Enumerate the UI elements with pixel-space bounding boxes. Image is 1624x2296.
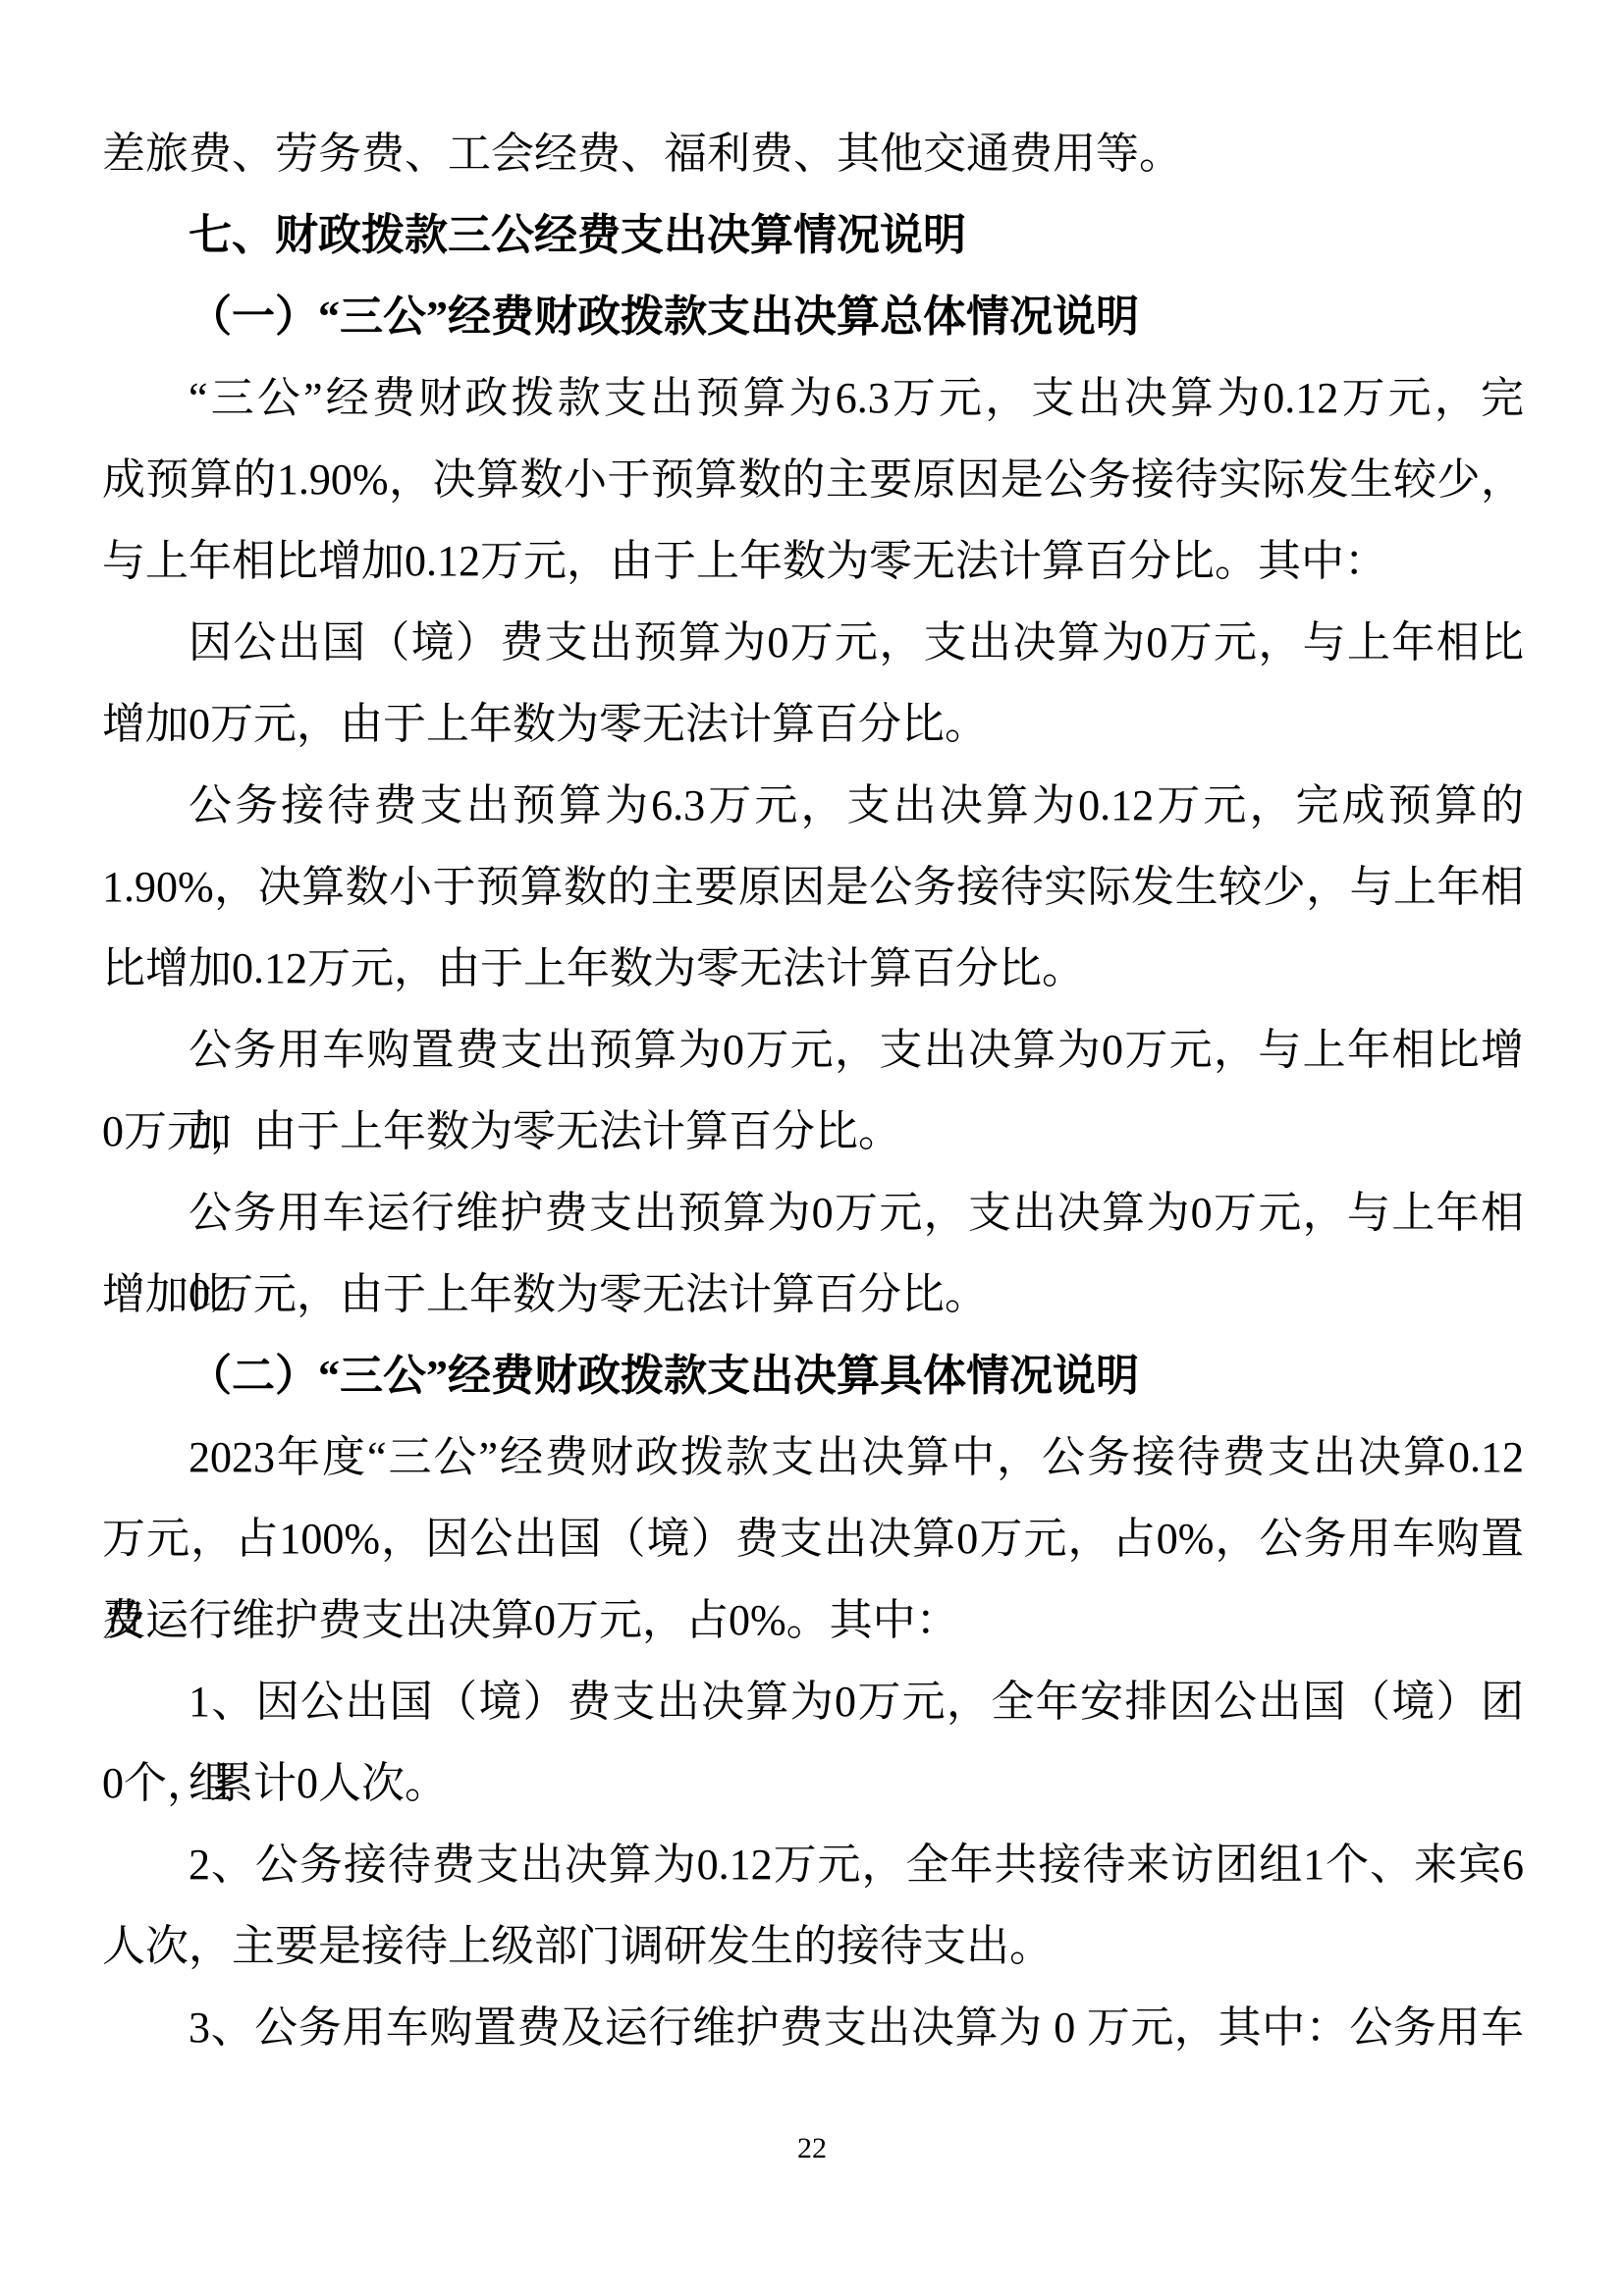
body-line: 1.90%，决算数小于预算数的主要原因是公务接待实际发生较少，与上年相 — [102, 846, 1524, 928]
document-page: 差旅费、劳务费、工会经费、福利费、其他交通费用等。 七、财政拨款三公经费支出决算… — [0, 0, 1624, 2296]
body-line-item-3: 3、公务用车购置费及运行维护费支出决算为 0 万元，其中：公务用车 — [102, 1987, 1524, 2068]
text-line-expenses-continued: 差旅费、劳务费、工会经费、福利费、其他交通费用等。 — [102, 113, 1524, 194]
body-line: 与上年相比增加0.12万元，由于上年数为零无法计算百分比。其中： — [102, 520, 1524, 602]
subsection-heading-one: （一）“三公”经费财政拨款支出决算总体情况说明 — [102, 276, 1524, 357]
body-line: 及运行维护费支出决算0万元，占0%。其中： — [102, 1579, 1524, 1661]
body-line: 增加0万元，由于上年数为零无法计算百分比。 — [102, 683, 1524, 765]
page-number: 22 — [0, 2128, 1624, 2169]
subsection-heading-two: （二）“三公”经费财政拨款支出决算具体情况说明 — [102, 1335, 1524, 1416]
body-line: 因公出国（境）费支出预算为0万元，支出决算为0万元，与上年相比 — [102, 602, 1524, 683]
body-line: 成预算的1.90%，决算数小于预算数的主要原因是公务接待实际发生较少， — [102, 439, 1524, 520]
body-line: 0个，累计0人次。 — [102, 1742, 1524, 1824]
body-line: “三公”经费财政拨款支出预算为6.3万元，支出决算为0.12万元，完 — [102, 357, 1524, 439]
text-content: 差旅费、劳务费、工会经费、福利费、其他交通费用等。 七、财政拨款三公经费支出决算… — [102, 113, 1524, 2068]
body-line: 增加0万元，由于上年数为零无法计算百分比。 — [102, 1254, 1524, 1335]
body-line: 0万元，由于上年数为零无法计算百分比。 — [102, 1091, 1524, 1172]
body-line: 2023年度“三公”经费财政拨款支出决算中，公务接待费支出决算0.12 — [102, 1416, 1524, 1498]
section-heading-seven: 七、财政拨款三公经费支出决算情况说明 — [102, 194, 1524, 276]
body-line: 人次，主要是接待上级部门调研发生的接待支出。 — [102, 1905, 1524, 1987]
body-line: 公务用车运行维护费支出预算为0万元，支出决算为0万元，与上年相比 — [102, 1172, 1524, 1254]
body-line: 比增加0.12万元，由于上年数为零无法计算百分比。 — [102, 928, 1524, 1009]
body-line-item-2: 2、公务接待费支出决算为0.12万元，全年共接待来访团组1个、来宾6 — [102, 1824, 1524, 1905]
body-line: 公务用车购置费支出预算为0万元，支出决算为0万元，与上年相比增加 — [102, 1009, 1524, 1091]
body-line: 万元，占100%，因公出国（境）费支出决算0万元，占0%，公务用车购置费 — [102, 1498, 1524, 1579]
body-line-item-1: 1、因公出国（境）费支出决算为0万元，全年安排因公出国（境）团组 — [102, 1661, 1524, 1742]
body-line: 公务接待费支出预算为6.3万元，支出决算为0.12万元，完成预算的 — [102, 765, 1524, 846]
